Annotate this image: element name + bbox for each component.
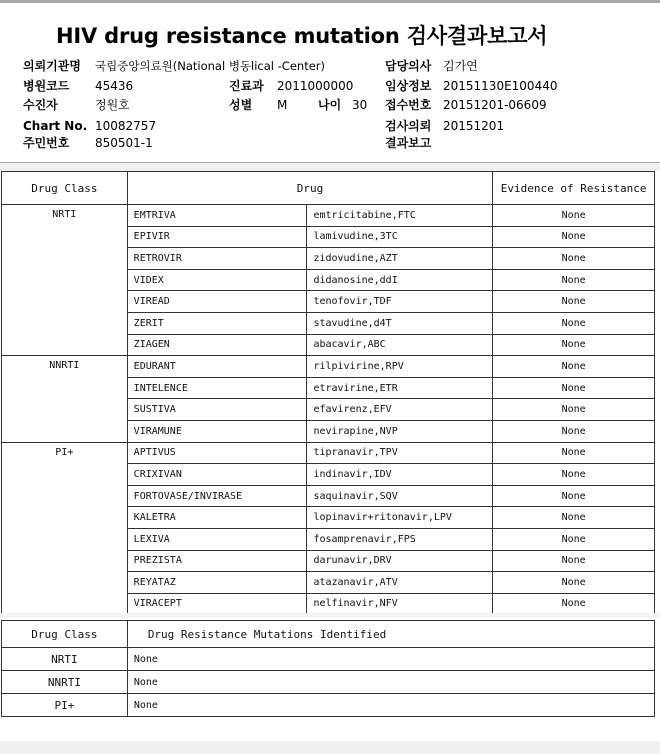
generic-name: emtricitabine,FTC: [307, 205, 493, 227]
header-mutations: Drug Resistance Mutations Identified: [127, 621, 654, 648]
evidence-value: None: [493, 205, 655, 227]
info-receipt-no: 접수번호 20151201-06609: [385, 98, 585, 112]
generic-name: etravirine,ETR: [307, 377, 493, 399]
info-resident-no: 주민번호 850501-1: [23, 136, 173, 150]
drug-class-cell: NRTI: [2, 205, 128, 356]
info-label: 담당의사: [385, 59, 431, 73]
info-label: 임상정보: [385, 79, 431, 93]
table-header-row: Drug Class Drug Evidence of Resistance: [2, 172, 655, 205]
brand-name: VIDEX: [127, 269, 307, 291]
bottom-border: [0, 741, 660, 754]
report-title: HIV drug resistance mutation 검사결과보고서: [56, 20, 547, 50]
info-value: 20151130E100440: [443, 79, 557, 93]
generic-name: nevirapine,NVP: [307, 420, 493, 442]
drug-class-cell: NRTI: [2, 648, 128, 671]
info-age: 나이 30: [318, 98, 378, 112]
info-chart-no: Chart No. 10082757: [23, 119, 173, 133]
mutations-value: None: [127, 671, 654, 694]
brand-name: FORTOVASE/INVIRASE: [127, 485, 307, 507]
evidence-value: None: [493, 485, 655, 507]
evidence-value: None: [493, 572, 655, 594]
brand-name: REYATAZ: [127, 572, 307, 594]
evidence-value: None: [493, 356, 655, 378]
info-clinical-info: 임상정보 20151130E100440: [385, 79, 585, 93]
evidence-value: None: [493, 420, 655, 442]
drug-class-cell: NNRTI: [2, 671, 128, 694]
mutations-value: None: [127, 648, 654, 671]
info-doctor: 담당의사 김가연: [385, 59, 585, 73]
info-value: 2011000000: [277, 79, 353, 93]
brand-name: INTELENCE: [127, 377, 307, 399]
generic-name: saquinavir,SQV: [307, 485, 493, 507]
generic-name: tipranavir,TPV: [307, 442, 493, 464]
info-label: 접수번호: [385, 98, 431, 112]
header-evidence: Evidence of Resistance: [493, 172, 655, 205]
info-label: 수진자: [23, 98, 58, 112]
info-value: 정원호: [95, 98, 130, 112]
info-value: 20151201: [443, 119, 504, 133]
resistance-table: Drug Class Drug Evidence of Resistance N…: [1, 171, 655, 615]
table-row: PI+ None: [2, 694, 655, 717]
header-separator: [0, 162, 660, 171]
evidence-value: None: [493, 464, 655, 486]
drug-class-cell: NNRTI: [2, 356, 128, 442]
brand-name: CRIXIVAN: [127, 464, 307, 486]
info-institution: 의뢰기관명 국립중앙의료원(National 병동lical -Center): [23, 59, 323, 73]
brand-name: KALETRA: [127, 507, 307, 529]
brand-name: APTIVUS: [127, 442, 307, 464]
brand-name: LEXIVA: [127, 528, 307, 550]
brand-name: EMTRIVA: [127, 205, 307, 227]
info-result-report: 결과보고: [385, 136, 585, 150]
info-value: M: [277, 98, 287, 112]
evidence-value: None: [493, 507, 655, 529]
evidence-value: None: [493, 226, 655, 248]
brand-name: VIREAD: [127, 291, 307, 313]
info-sex: 성별 M: [229, 98, 309, 112]
mutations-value: None: [127, 694, 654, 717]
evidence-value: None: [493, 291, 655, 313]
mutations-table: Drug Class Drug Resistance Mutations Ide…: [1, 620, 655, 717]
evidence-value: None: [493, 593, 655, 615]
info-patient: 수진자 정원호: [23, 98, 173, 112]
info-label: Chart No.: [23, 119, 87, 133]
evidence-value: None: [493, 334, 655, 356]
generic-name: stavudine,d4T: [307, 312, 493, 334]
evidence-value: None: [493, 442, 655, 464]
info-test-request: 검사의뢰 20151201: [385, 119, 585, 133]
info-label: 성별: [229, 98, 252, 112]
generic-name: tenofovir,TDF: [307, 291, 493, 313]
table-header-row: Drug Class Drug Resistance Mutations Ide…: [2, 621, 655, 648]
info-label: 의뢰기관명: [23, 59, 81, 73]
info-value: 850501-1: [95, 136, 153, 150]
info-value: 10082757: [95, 119, 156, 133]
brand-name: SUSTIVA: [127, 399, 307, 421]
brand-name: VIRAMUNE: [127, 420, 307, 442]
generic-name: lamivudine,3TC: [307, 226, 493, 248]
generic-name: nelfinavir,NFV: [307, 593, 493, 615]
info-value: 30: [352, 98, 367, 112]
generic-name: indinavir,IDV: [307, 464, 493, 486]
generic-name: zidovudine,AZT: [307, 248, 493, 270]
info-label: 결과보고: [385, 136, 431, 150]
info-value: 국립중앙의료원(National 병동lical -Center): [95, 59, 325, 73]
generic-name: didanosine,ddI: [307, 269, 493, 291]
generic-name: efavirenz,EFV: [307, 399, 493, 421]
info-department: 진료과 2011000000: [229, 79, 379, 93]
generic-name: lopinavir+ritonavir,LPV: [307, 507, 493, 529]
evidence-value: None: [493, 377, 655, 399]
evidence-value: None: [493, 248, 655, 270]
info-label: 나이: [318, 98, 341, 112]
header-drug: Drug: [127, 172, 493, 205]
info-value: 김가연: [443, 59, 478, 73]
info-value: 45436: [95, 79, 133, 93]
info-value: 20151201-06609: [443, 98, 547, 112]
brand-name: EPIVIR: [127, 226, 307, 248]
evidence-value: None: [493, 399, 655, 421]
brand-name: ZERIT: [127, 312, 307, 334]
table-row: NRTI None: [2, 648, 655, 671]
generic-name: atazanavir,ATV: [307, 572, 493, 594]
drug-class-cell: PI+: [2, 694, 128, 717]
evidence-value: None: [493, 312, 655, 334]
header-drug-class: Drug Class: [2, 172, 128, 205]
info-label: 병원코드: [23, 79, 69, 93]
generic-name: darunavir,DRV: [307, 550, 493, 572]
generic-name: abacavir,ABC: [307, 334, 493, 356]
info-hospital-code: 병원코드 45436: [23, 79, 173, 93]
evidence-value: None: [493, 550, 655, 572]
info-label: 검사의뢰: [385, 119, 431, 133]
top-border: [0, 0, 660, 3]
table-row: PI+ APTIVUS tipranavir,TPV None: [2, 442, 655, 464]
header-drug-class: Drug Class: [2, 621, 128, 648]
table-row: NNRTI EDURANT rilpivirine,RPV None: [2, 356, 655, 378]
generic-name: fosamprenavir,FPS: [307, 528, 493, 550]
table-separator: [0, 613, 660, 618]
table-row: NNRTI None: [2, 671, 655, 694]
drug-class-cell: PI+: [2, 442, 128, 615]
evidence-value: None: [493, 269, 655, 291]
brand-name: EDURANT: [127, 356, 307, 378]
brand-name: VIRACEPT: [127, 593, 307, 615]
brand-name: ZIAGEN: [127, 334, 307, 356]
evidence-value: None: [493, 528, 655, 550]
info-label: 주민번호: [23, 136, 69, 150]
generic-name: rilpivirine,RPV: [307, 356, 493, 378]
table-row: NRTI EMTRIVA emtricitabine,FTC None: [2, 205, 655, 227]
brand-name: RETROVIR: [127, 248, 307, 270]
brand-name: PREZISTA: [127, 550, 307, 572]
info-label: 진료과: [229, 79, 264, 93]
